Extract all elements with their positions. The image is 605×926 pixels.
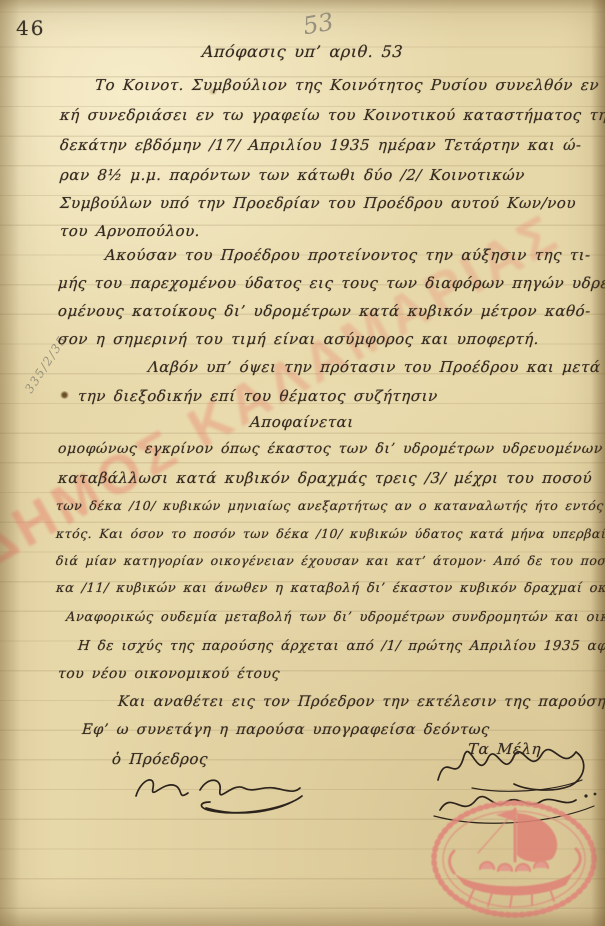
document-title: Απόφασις υπ’ αριθ. 53 — [201, 42, 403, 61]
body-line: ομένους κατοίκους δι’ υδρομέτρων κατά κυ… — [57, 302, 591, 320]
body-line: σον η σημερινή του τιμή είναι ασύμφορος … — [57, 330, 539, 348]
body-line: διά μίαν κατηγορίαν οικογένειαν έχουσαν … — [55, 553, 605, 568]
body-line: Η δε ισχύς της παρούσης άρχεται από /1/ … — [77, 638, 605, 654]
body-line: κή συνεδριάσει εν τω γραφείω του Κοινοτι… — [59, 106, 605, 124]
body-line: ραν 8½ μ.μ. παρόντων των κάτωθι δύο /2/ … — [59, 166, 525, 184]
body-line: κτός. Και όσον το ποσόν των δέκα /10/ κυ… — [55, 526, 605, 541]
body-line: Και αναθέτει εις τον Πρόεδρον την εκτέλε… — [117, 694, 605, 710]
body-line: καταβάλλωσι κατά κυβικόν δραχμάς τρεις /… — [57, 469, 593, 487]
body-line: κα /11/ κυβικών και άνωθεν η καταβολή δι… — [55, 581, 605, 596]
manuscript-page: ΔΗΜΟΣ ΚΑΛΑΜΑΡΙΑΣ 46 53 335/2/35 Απόφασις… — [0, 0, 605, 926]
body-line: Το Κοινοτ. Συμβούλιον της Κοινότητος Ρυσ… — [94, 76, 605, 94]
body-line: του νέου οικονομικού έτους — [57, 666, 280, 682]
body-line: δεκάτην εβδόμην /17/ Απριλίου 1935 ημέρα… — [59, 136, 582, 154]
body-line: Ακούσαν του Προέδρου προτείνοντος την αύ… — [104, 246, 591, 264]
page-edge-shadow — [0, 0, 605, 12]
decision-heading: Αποφαίνεται — [249, 413, 354, 431]
body-line: Εφ’ ω συνετάγη η παρούσα υπογραφείσα δεό… — [81, 722, 490, 738]
body-line: μής του παρεχομένου ύδατος εις τους των … — [57, 274, 605, 292]
ink-stain — [60, 391, 69, 399]
body-line: την διεξοδικήν επί του θέματος συζήτησιν — [77, 387, 438, 405]
body-line: του Αρνοπούλου. — [59, 222, 200, 240]
page-edge-shadow — [0, 0, 20, 926]
president-signature — [128, 764, 313, 819]
galley-seal — [418, 793, 605, 926]
body-line: Συμβούλων υπό την Προεδρίαν του Προέδρου… — [59, 194, 576, 212]
body-line: Λαβόν υπ’ όψει την πρότασιν του Προέδρου… — [147, 358, 601, 376]
body-line: Αναφορικώς ουδεμία μεταβολή των δι’ υδρο… — [65, 610, 605, 625]
pencil-page-number: 53 — [301, 8, 336, 41]
body-line: των δέκα /10/ κυβικών μηνιαίως ανεξαρτήτ… — [55, 498, 605, 513]
body-line: ομοφώνως εγκρίνον όπως έκαστος των δι’ υ… — [57, 441, 603, 457]
folio-number: 46 — [16, 16, 45, 40]
